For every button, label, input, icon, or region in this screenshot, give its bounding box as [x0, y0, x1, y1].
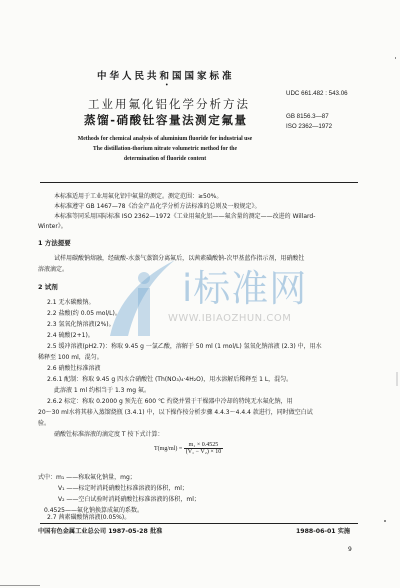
section-1-text: 试样用碳酸钠熔融，经硫酸-水蒸气蒸馏分离氟后，以茜素磺酸钠-次甲基蓝作指示剂，用… [54, 254, 304, 263]
reagent-2-6-1-note: 此溶液 1 ml 约相当于 1.3 mg 氟。 [54, 386, 150, 395]
udc-code: UDC 661.482 : 543.06 [286, 90, 348, 97]
section-1-text-cont: 溶液滴定。 [38, 265, 68, 274]
english-title-1: Methods for chemical analysis of alumini… [0, 136, 365, 142]
reagent-2-6-2-cont: 20～30 ml水将其移入蒸馏烧瓶 (3.4.1) 中，以下操作按分析步骤 4.… [38, 408, 313, 417]
reagent-2-2: 2.2 盐酸(约 0.05 mol/L)。 [47, 309, 121, 318]
watermark-brand: i标准网 [182, 258, 307, 312]
standard-document-page: i标准网 WWW.IBIAOZHUN.COM 中华人民共和国国家标准 • 工业用… [0, 0, 400, 588]
reagent-2-5-cont: 稀释至 100 ml，混匀。 [38, 353, 103, 362]
english-title-2: The distillation-thorium nitrate volumet… [0, 146, 365, 152]
separator-dot: • [165, 82, 169, 89]
section-2-heading: 2 试剂 [38, 282, 58, 291]
formula-denominator: (V₁ − V₂) × 10 [184, 449, 224, 455]
footer-divider [40, 523, 358, 524]
english-title-3: determination of fluoride content [0, 156, 365, 162]
approval-line: 中国有色金属工业总公司 1987-05-28 批准 [38, 526, 162, 535]
title-line-2: 蒸馏-硝酸钍容量法测定氟量 [84, 112, 248, 128]
gb-code: GB 8156.3—87 [286, 113, 329, 120]
iso-code: ISO 2362—1972 [286, 123, 332, 130]
intro-scope: 本标准适用于工业用氟化铝中氟量的测定。测定范围：≥50%。 [54, 192, 222, 201]
reagent-2-6-2-end: 验。 [38, 419, 50, 428]
reagent-2-1: 2.1 无水碳酸钠。 [47, 298, 94, 307]
where-v2: V₂ ——空白试验时消耗硝酸钍标准溶液的体积，ml； [58, 495, 200, 504]
formula-lhs: T(mg/ml) = [154, 446, 184, 452]
reagent-2-7: 2.7 茜素磺酸钠溶液(0.05%)。 [47, 513, 130, 522]
scan-edge [0, 585, 40, 586]
formula-fraction: m₁ × 0.4525 (V₁ − V₂) × 10 [184, 442, 224, 455]
scan-speck [384, 520, 386, 522]
formula-numerator: m₁ × 0.4525 [184, 442, 224, 449]
intro-compliance: 本标准遵守 GB 1467—78《冶金产品化学分析方法标准的总则及一般规定》。 [54, 202, 261, 211]
header-divider [40, 182, 358, 183]
intro-iso-equivalence-cont: Winter》。 [38, 222, 67, 231]
title-line-1: 工业用氟化铝化学分析方法 [88, 96, 250, 112]
reagent-2-5: 2.5 缓冲溶液(pH2.7)：称取 9.45 g 一氯乙酸，溶解于 50 ml… [47, 342, 322, 351]
where-v1: V₁ ——标定时消耗硝酸钍标准溶液的体积，ml； [58, 484, 188, 493]
reagent-2-3: 2.3 氢氧化钠溶液(2%)。 [47, 320, 115, 329]
section-1-heading: 1 方法提要 [38, 238, 71, 247]
titer-intro: 硝酸钍标准溶液的滴定度 T 按下式计算： [54, 430, 163, 439]
scan-edge [396, 372, 398, 386]
national-standard-label: 中华人民共和国国家标准 [97, 68, 235, 82]
reagent-2-6-2: 2.6.2 标定：称取 0.2000 g 预先在 600 ℃ 灼烧并置于干燥器中… [47, 397, 293, 406]
reagent-2-6-1: 2.6.1 配制：称取 9.45 g 四水合硝酸钍 (Th(NO₃)₄·4H₂O… [47, 375, 292, 384]
where-m1: 式中：m₁ ——称取氟化钠量，mg； [38, 473, 136, 482]
implementation-date: 1988-06-01 实施 [296, 526, 350, 535]
page-number: 9 [348, 545, 352, 554]
reagent-2-6: 2.6 硝酸钍标准溶液 [47, 364, 100, 373]
scan-speck [395, 57, 396, 59]
watermark-url: WWW.IBIAOZHUN.COM [168, 313, 291, 324]
titer-formula: T(mg/ml) = m₁ × 0.4525 (V₁ − V₂) × 10 [154, 442, 223, 455]
reagent-2-4: 2.4 硫酸(2+1)。 [47, 331, 94, 340]
intro-iso-equivalence: 本标准等同采用国际标准 ISO 2362—1972《工业用氟化铝——氟含量的测定… [54, 212, 315, 221]
